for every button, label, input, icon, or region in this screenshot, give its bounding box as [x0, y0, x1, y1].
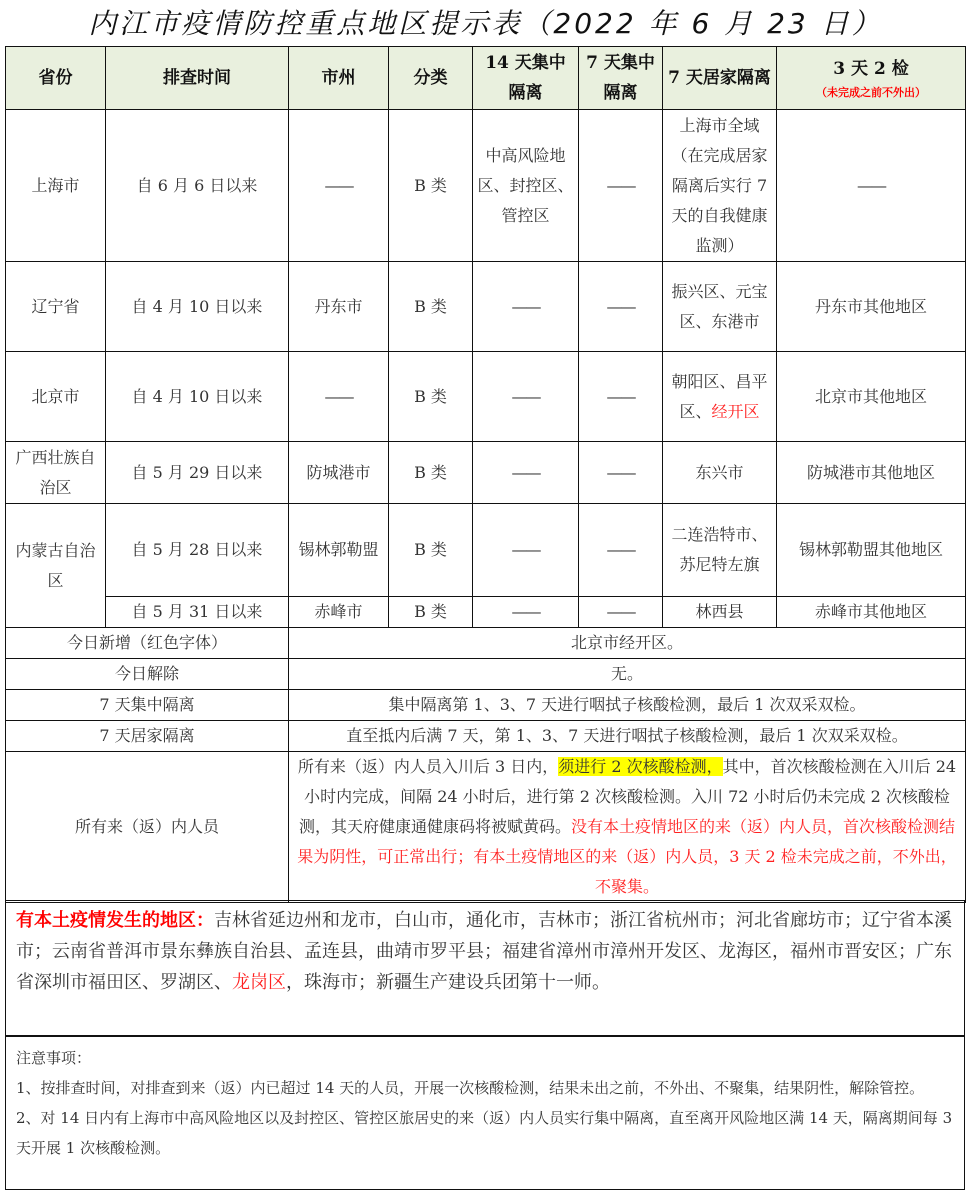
table-row: 广西壮族自治区 自 5 月 29 日以来 防城港市 B 类 —— —— 东兴市 … — [6, 442, 966, 504]
table-header-row: 省份 排查时间 市州 分类 14 天集中隔离 7 天集中隔离 7 天居家隔离 3… — [6, 47, 966, 110]
page-title: 内江市疫情防控重点地区提示表（2022 年 6 月 23 日） — [0, 4, 971, 44]
summary-value: 北京市经开区。 — [289, 628, 966, 659]
header-city: 市州 — [289, 47, 389, 110]
cell-central-14: —— — [473, 597, 579, 628]
summary-row-lifted-today: 今日解除 无。 — [6, 659, 966, 690]
cell-home-7: 二连浩特市、苏尼特左旗 — [663, 504, 777, 597]
cell-category: B 类 — [389, 352, 473, 442]
cell-check-time: 自 5 月 31 日以来 — [106, 597, 289, 628]
header-three-two-note: （未完成之前不外出） — [781, 84, 961, 102]
summary-value: 集中隔离第 1、3、7 天进行咽拭子核酸检测，最后 1 次双采双检。 — [289, 690, 966, 721]
local-outbreak-red-text: 龙岗区 — [232, 972, 286, 993]
summary-label: 7 天集中隔离 — [6, 690, 289, 721]
table-row: 内蒙古自治区 自 5 月 28 日以来 锡林郭勒盟 B 类 —— —— 二连浩特… — [6, 504, 966, 597]
summary-row-all-arrivals: 所有来（返）内人员 所有来（返）内人员入川后 3 日内，须进行 2 次核酸检测，… — [6, 752, 966, 903]
cell-province: 上海市 — [6, 110, 106, 262]
summary-label: 所有来（返）内人员 — [6, 752, 289, 903]
summary-value: 直至抵内后满 7 天，第 1、3、7 天进行咽拭子核酸检测，最后 1 次双采双检… — [289, 721, 966, 752]
header-central-14: 14 天集中隔离 — [473, 47, 579, 110]
cell-check-time: 自 6 月 6 日以来 — [106, 110, 289, 262]
summary-row-home-7: 7 天居家隔离 直至抵内后满 7 天，第 1、3、7 天进行咽拭子核酸检测，最后… — [6, 721, 966, 752]
notes-section: 注意事项： 1、按排查时间，对排查到来（返）内已超过 14 天的人员，开展一次核… — [5, 1036, 965, 1190]
cell-category: B 类 — [389, 110, 473, 262]
note-item: 2、对 14 日内有上海市中高风险地区以及封控区、管控区旅居史的来（返）内人员实… — [16, 1103, 954, 1163]
header-province: 省份 — [6, 47, 106, 110]
cell-province: 内蒙古自治区 — [6, 504, 106, 628]
key-areas-table: 省份 排查时间 市州 分类 14 天集中隔离 7 天集中隔离 7 天居家隔离 3… — [5, 46, 966, 903]
cell-check-time: 自 4 月 10 日以来 — [106, 262, 289, 352]
cell-central-14: —— — [473, 442, 579, 504]
header-category: 分类 — [389, 47, 473, 110]
cell-home-7: 东兴市 — [663, 442, 777, 504]
cell-check-time: 自 5 月 28 日以来 — [106, 504, 289, 597]
summary-row-central-7: 7 天集中隔离 集中隔离第 1、3、7 天进行咽拭子核酸检测，最后 1 次双采双… — [6, 690, 966, 721]
cell-central-14: —— — [473, 262, 579, 352]
cell-home-7: 朝阳区、昌平区、经开区 — [663, 352, 777, 442]
cell-city: —— — [289, 110, 389, 262]
summary-row-new-today: 今日新增（红色字体） 北京市经开区。 — [6, 628, 966, 659]
cell-category: B 类 — [389, 262, 473, 352]
header-three-two-label: 3 天 2 检 — [833, 59, 908, 79]
cell-home-7: 上海市全域（在完成居家隔离后实行 7 天的自我健康监测） — [663, 110, 777, 262]
summary-label: 今日解除 — [6, 659, 289, 690]
local-outbreak-text-end: ，珠海市；新疆生产建设兵团第十一师。 — [286, 972, 610, 993]
header-central-7: 7 天集中隔离 — [579, 47, 663, 110]
new-area-text: 经开区 — [712, 402, 760, 421]
cell-central-14: —— — [473, 504, 579, 597]
header-check-time: 排查时间 — [106, 47, 289, 110]
cell-category: B 类 — [389, 504, 473, 597]
cell-central-14: —— — [473, 352, 579, 442]
cell-three-two: 北京市其他地区 — [777, 352, 966, 442]
cell-province: 北京市 — [6, 352, 106, 442]
cell-category: B 类 — [389, 442, 473, 504]
cell-three-two: 赤峰市其他地区 — [777, 597, 966, 628]
cell-three-two: 防城港市其他地区 — [777, 442, 966, 504]
summary-value: 所有来（返）内人员入川后 3 日内，须进行 2 次核酸检测，其中，首次核酸检测在… — [289, 752, 966, 903]
table-row: 上海市 自 6 月 6 日以来 —— B 类 中高风险地区、封控区、管控区 ——… — [6, 110, 966, 262]
cell-home-7: 林西县 — [663, 597, 777, 628]
cell-province: 辽宁省 — [6, 262, 106, 352]
notes-heading: 注意事项： — [16, 1043, 954, 1073]
cell-central-7: —— — [579, 262, 663, 352]
cell-city: —— — [289, 352, 389, 442]
cell-check-time: 自 4 月 10 日以来 — [106, 352, 289, 442]
cell-city: 防城港市 — [289, 442, 389, 504]
header-three-two: 3 天 2 检 （未完成之前不外出） — [777, 47, 966, 110]
cell-central-14: 中高风险地区、封控区、管控区 — [473, 110, 579, 262]
cell-central-7: —— — [579, 110, 663, 262]
cell-central-7: —— — [579, 597, 663, 628]
cell-three-two: 锡林郭勒盟其他地区 — [777, 504, 966, 597]
cell-home-7: 振兴区、元宝区、东港市 — [663, 262, 777, 352]
summary-value: 无。 — [289, 659, 966, 690]
cell-city: 丹东市 — [289, 262, 389, 352]
local-outbreak-lead: 有本土疫情发生的地区： — [16, 910, 214, 931]
header-home-7: 7 天居家隔离 — [663, 47, 777, 110]
table-row: 北京市 自 4 月 10 日以来 —— B 类 —— —— 朝阳区、昌平区、经开… — [6, 352, 966, 442]
cell-category: B 类 — [389, 597, 473, 628]
cell-city: 赤峰市 — [289, 597, 389, 628]
local-outbreak-areas: 有本土疫情发生的地区：吉林省延边州和龙市，白山市，通化市，吉林市；浙江省杭州市；… — [5, 900, 965, 1036]
cell-three-two: 丹东市其他地区 — [777, 262, 966, 352]
cell-city: 锡林郭勒盟 — [289, 504, 389, 597]
cell-check-time: 自 5 月 29 日以来 — [106, 442, 289, 504]
cell-three-two: —— — [777, 110, 966, 262]
note-item: 1、按排查时间，对排查到来（返）内已超过 14 天的人员，开展一次核酸检测，结果… — [16, 1073, 954, 1103]
cell-central-7: —— — [579, 352, 663, 442]
arrivals-text: 所有来（返）内人员入川后 3 日内， — [298, 757, 558, 776]
summary-label: 今日新增（红色字体） — [6, 628, 289, 659]
table-row: 辽宁省 自 4 月 10 日以来 丹东市 B 类 —— —— 振兴区、元宝区、东… — [6, 262, 966, 352]
cell-central-7: —— — [579, 504, 663, 597]
cell-central-7: —— — [579, 442, 663, 504]
summary-label: 7 天居家隔离 — [6, 721, 289, 752]
table-row: 自 5 月 31 日以来 赤峰市 B 类 —— —— 林西县 赤峰市其他地区 — [6, 597, 966, 628]
highlighted-text: 须进行 2 次核酸检测， — [558, 757, 722, 776]
cell-province: 广西壮族自治区 — [6, 442, 106, 504]
